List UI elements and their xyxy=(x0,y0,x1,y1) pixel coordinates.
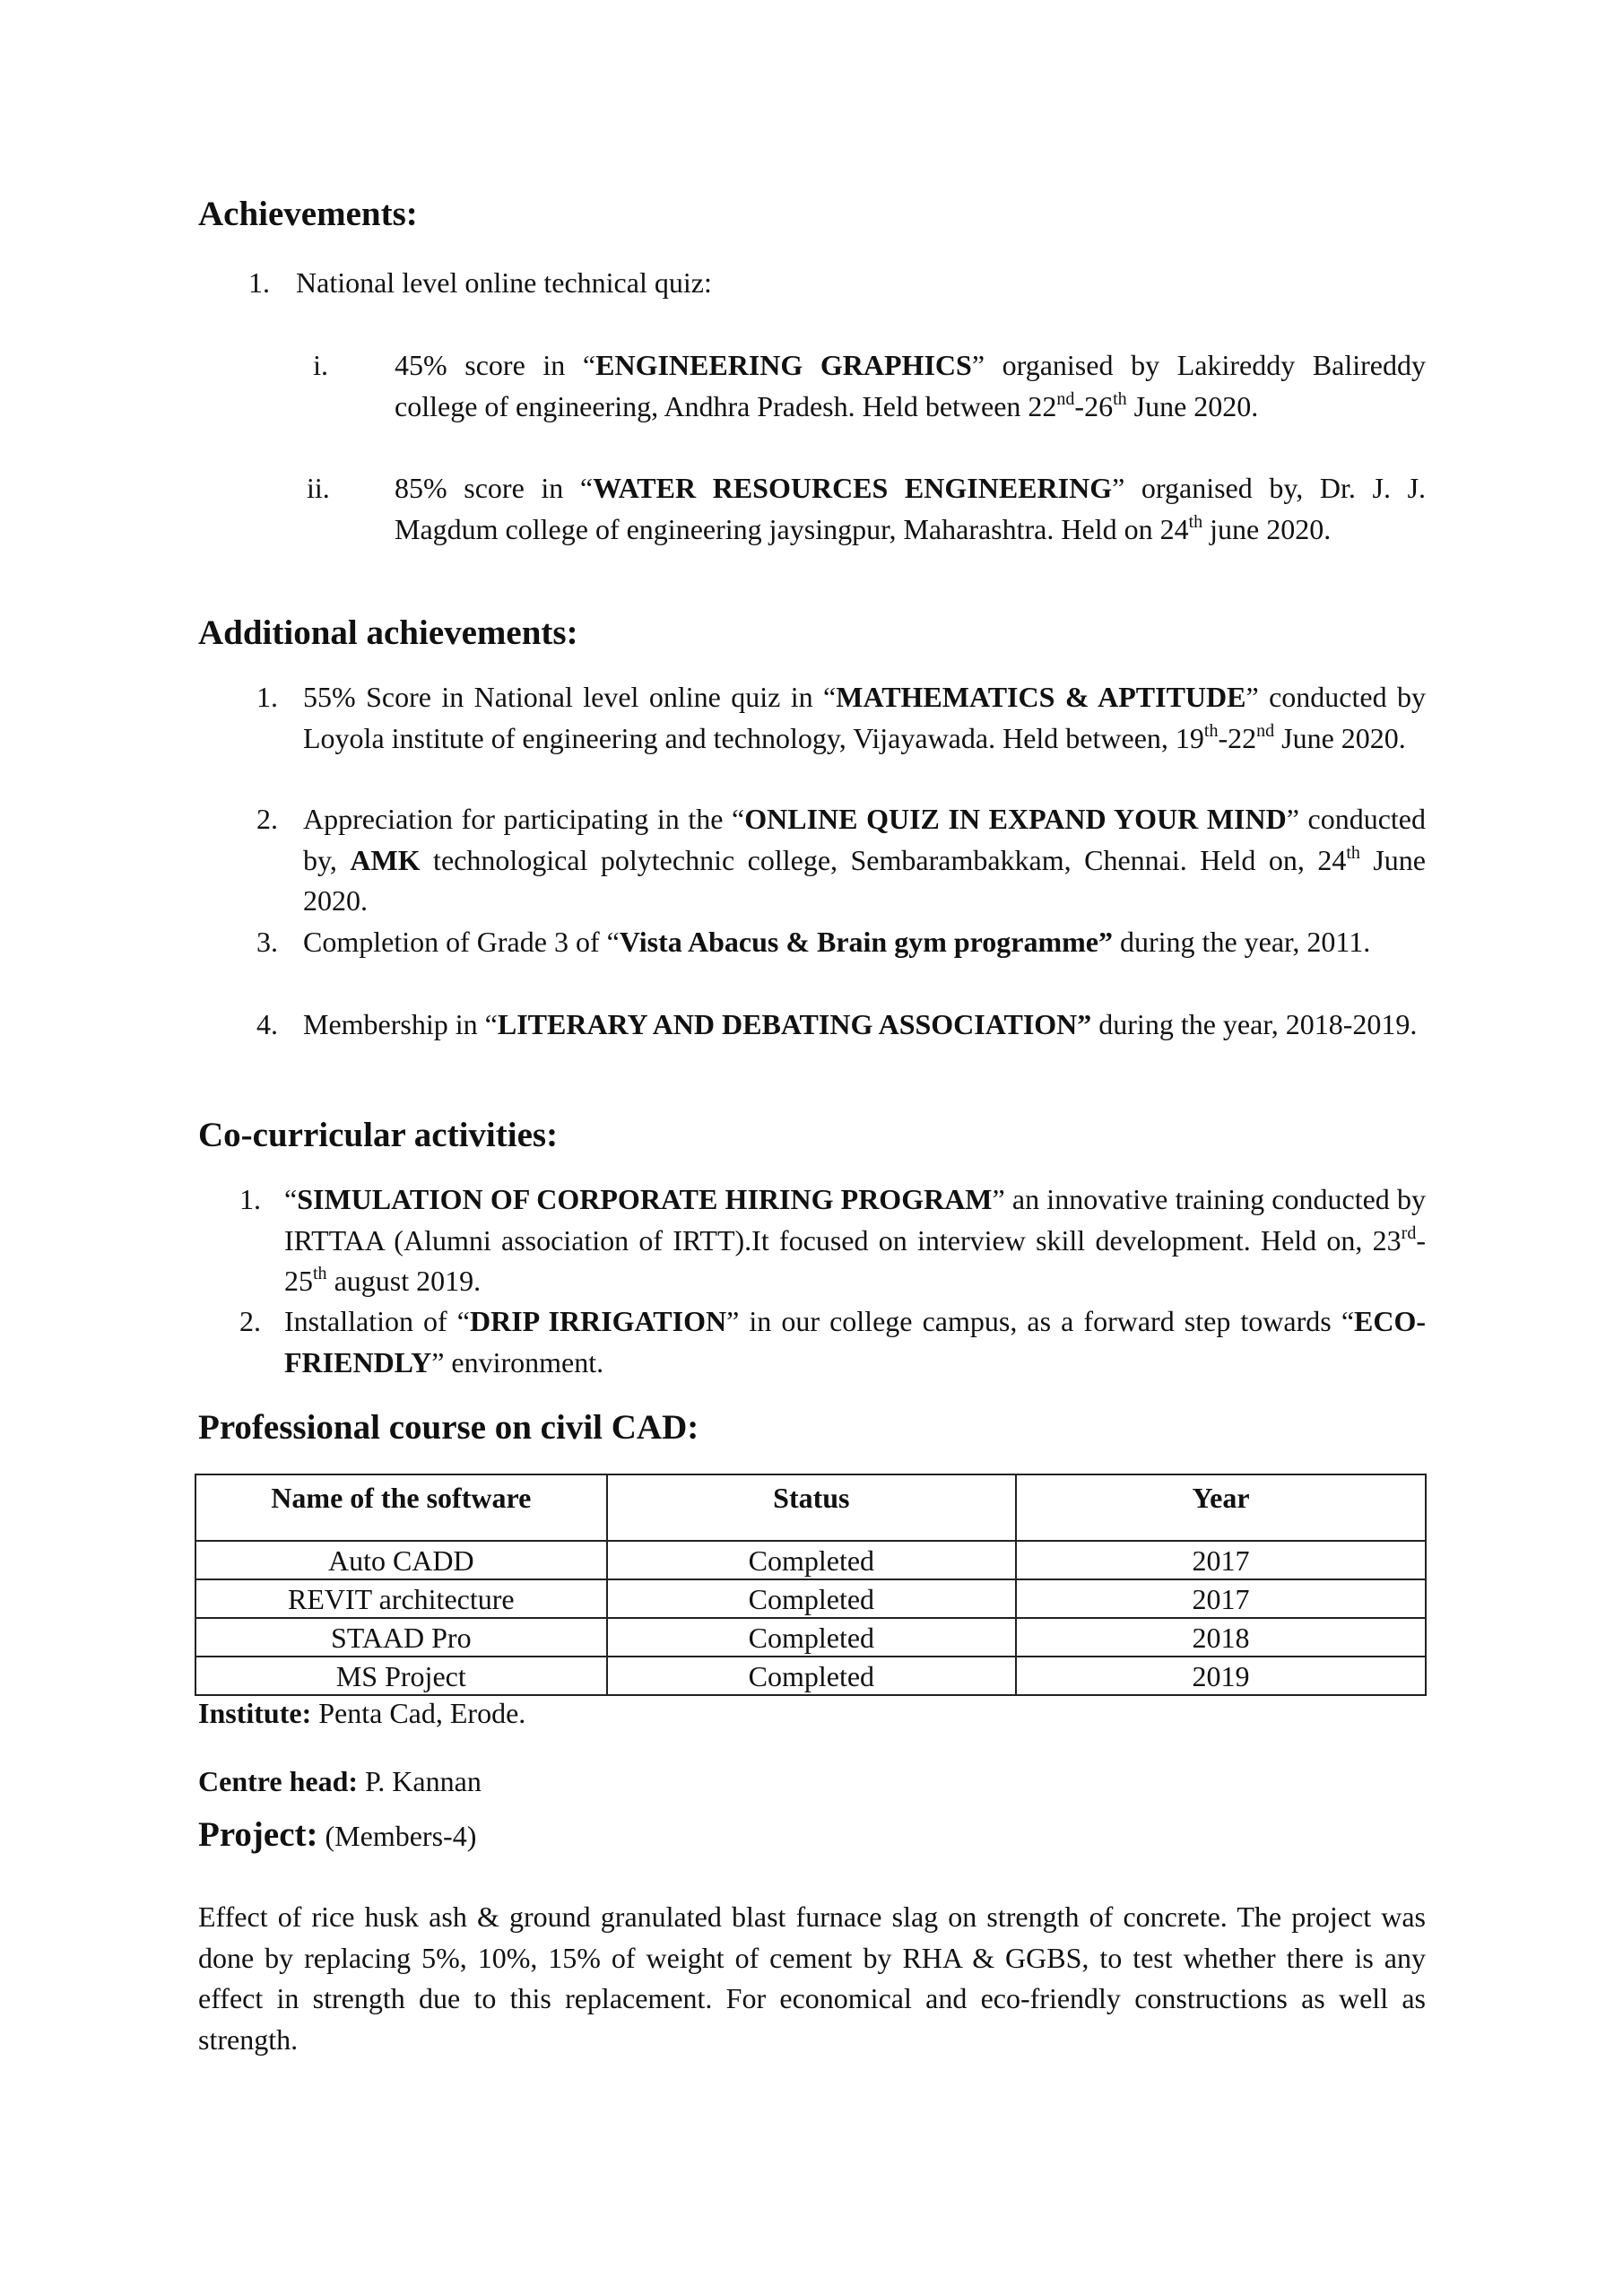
list-number: 1. xyxy=(248,263,270,304)
table-row: MS Project Completed 2019 xyxy=(195,1657,1426,1695)
sublist-item-engineering-graphics: 45% score in “ENGINEERING GRAPHICS” orga… xyxy=(395,345,1426,427)
software-name-cell: MS Project xyxy=(195,1657,607,1695)
sublist-item-water-resources: 85% score in “WATER RESOURCES ENGINEERIN… xyxy=(395,468,1426,550)
institute-line: Institute: Penta Cad, Erode. xyxy=(198,1693,525,1734)
status-cell: Completed xyxy=(607,1618,1017,1657)
heading-additional-achievements: Additional achievements: xyxy=(198,613,578,654)
sublist-number: i. xyxy=(307,345,328,387)
table-row: STAAD Pro Completed 2018 xyxy=(195,1618,1426,1657)
status-cell: Completed xyxy=(607,1657,1017,1695)
list-number: 4. xyxy=(256,1004,278,1046)
year-cell: 2019 xyxy=(1016,1657,1426,1695)
list-item-literary-debating: Membership in “LITERARY AND DEBATING ASS… xyxy=(303,1004,1426,1046)
year-cell: 2017 xyxy=(1016,1579,1426,1618)
document-page: Achievements: 1. National level online t… xyxy=(0,0,1623,2296)
table-header-row: Name of the software Status Year xyxy=(195,1474,1426,1541)
heading-achievements: Achievements: xyxy=(198,194,418,235)
list-item-corporate-hiring: “SIMULATION OF CORPORATE HIRING PROGRAM”… xyxy=(284,1179,1426,1302)
list-number: 1. xyxy=(256,677,278,718)
table-row: REVIT architecture Completed 2017 xyxy=(195,1579,1426,1618)
project-description: Effect of rice husk ash & ground granula… xyxy=(198,1897,1426,2060)
list-item-drip-irrigation: Installation of “DRIP IRRIGATION” in our… xyxy=(284,1301,1426,1383)
institute-value: Penta Cad, Erode. xyxy=(311,1697,525,1729)
project-members: (Members-4) xyxy=(318,1820,477,1852)
list-item-mathematics: 55% Score in National level online quiz … xyxy=(303,677,1426,759)
heading-co-curricular: Co-curricular activities: xyxy=(198,1115,558,1156)
status-cell: Completed xyxy=(607,1541,1017,1579)
software-name-cell: STAAD Pro xyxy=(195,1618,607,1657)
centre-head-line: Centre head: P. Kannan xyxy=(198,1761,482,1802)
list-number: 1. xyxy=(239,1179,261,1221)
centre-head-value: P. Kannan xyxy=(358,1765,482,1797)
list-item-expand-your-mind: Appreciation for participating in the “O… xyxy=(303,799,1426,922)
sublist-number: ii. xyxy=(307,468,328,509)
software-name-cell: Auto CADD xyxy=(195,1541,607,1579)
year-cell: 2018 xyxy=(1016,1618,1426,1657)
software-name-cell: REVIT architecture xyxy=(195,1579,607,1618)
list-item-text: National level online technical quiz: xyxy=(296,263,712,304)
software-table: Name of the software Status Year Auto CA… xyxy=(195,1474,1427,1696)
institute-label: Institute: xyxy=(198,1697,311,1729)
heading-project: Project: (Members-4) xyxy=(198,1814,476,1857)
list-item-vista-abacus: Completion of Grade 3 of “Vista Abacus &… xyxy=(303,922,1426,963)
column-header-year: Year xyxy=(1016,1474,1426,1541)
year-cell: 2017 xyxy=(1016,1541,1426,1579)
status-cell: Completed xyxy=(607,1579,1017,1618)
column-header-software: Name of the software xyxy=(195,1474,607,1541)
centre-head-label: Centre head: xyxy=(198,1765,358,1797)
list-number: 2. xyxy=(239,1301,261,1343)
table-row: Auto CADD Completed 2017 xyxy=(195,1541,1426,1579)
heading-professional-course: Professional course on civil CAD: xyxy=(198,1407,699,1448)
list-number: 2. xyxy=(256,799,278,840)
list-number: 3. xyxy=(256,922,278,963)
column-header-status: Status xyxy=(607,1474,1017,1541)
